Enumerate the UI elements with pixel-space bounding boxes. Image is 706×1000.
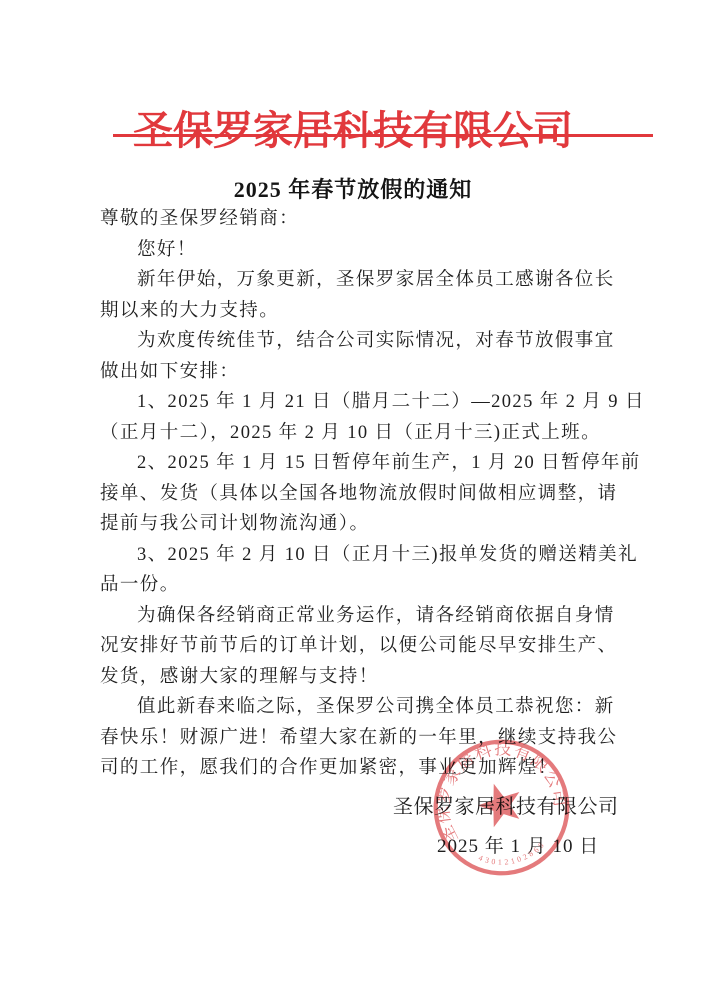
- signature-company: 圣保罗家居科技有限公司: [393, 794, 619, 820]
- body-line: 2、2025 年 1 月 15 日暂停年前生产，1 月 20 日暂停年前: [100, 448, 620, 479]
- signature-date: 2025 年 1 月 10 日: [437, 834, 599, 859]
- body-line: 尊敬的圣保罗经销商：: [100, 204, 620, 235]
- body-line: 值此新春来临之际，圣保罗公司携全体员工恭祝您：新: [100, 692, 620, 723]
- body-line: 司的工作，愿我们的合作更加紧密，事业更加辉煌！: [100, 753, 620, 784]
- body-line: 提前与我公司计划物流沟通）。: [100, 509, 620, 540]
- document-page: 圣保罗家居科技有限公司 2025 年春节放假的通知 尊敬的圣保罗经销商： 您好！…: [0, 0, 706, 1000]
- body-line: 发货，感谢大家的理解与支持！: [100, 662, 620, 693]
- body-line: 为确保各经销商正常业务运作，请各经销商依据自身情: [100, 601, 620, 632]
- body-line: 春快乐！财源广进！希望大家在新的一年里，继续支持我公: [100, 723, 620, 754]
- body-line: 期以来的大力支持。: [100, 296, 620, 327]
- body-line: 品一份。: [100, 570, 620, 601]
- company-title: 圣保罗家居科技有限公司: [0, 108, 706, 154]
- body-line: 做出如下安排：: [100, 357, 620, 388]
- body-line: 接单、发货（具体以全国各地物流放假时间做相应调整，请: [100, 479, 620, 510]
- body-line: （正月十二），2025 年 2 月 10 日（正月十三)正式上班。: [100, 418, 620, 449]
- body-line: 新年伊始，万象更新，圣保罗家居全体员工感谢各位长: [100, 265, 620, 296]
- body-line: 况安排好节前节后的订单计划，以便公司能尽早安排生产、: [100, 631, 620, 662]
- body-line: 1、2025 年 1 月 21 日（腊月二十二）—2025 年 2 月 9 日: [100, 387, 620, 418]
- title-underline: [113, 134, 653, 137]
- body-line: 3、2025 年 2 月 10 日（正月十三)报单发货的赠送精美礼: [100, 540, 620, 571]
- body-line: 您好！: [100, 235, 620, 266]
- body-line: 为欢度传统佳节，结合公司实际情况，对春节放假事宜: [100, 326, 620, 357]
- notice-body: 尊敬的圣保罗经销商： 您好！ 新年伊始，万象更新，圣保罗家居全体员工感谢各位长 …: [100, 204, 620, 784]
- notice-title: 2025 年春节放假的通知: [0, 176, 706, 204]
